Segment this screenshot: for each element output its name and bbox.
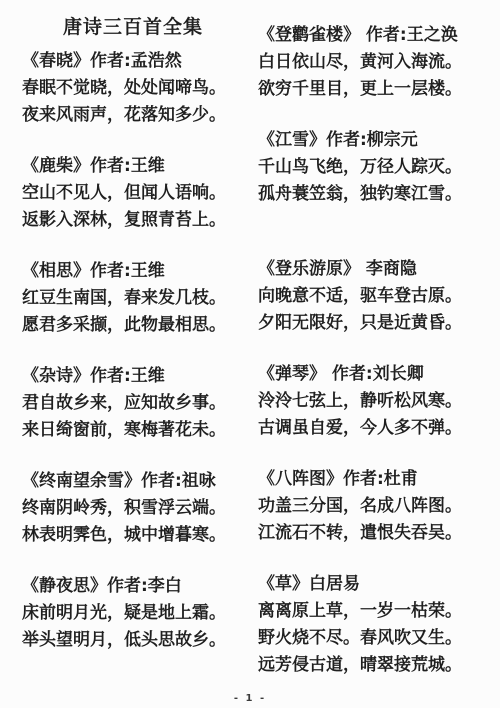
poem-block: 《草》白居易 离离原上草，一岁一枯荣。 野火烧不尽。春风吹又生。 远芳侵古道，晴… [258,571,494,679]
poem-title-author: 《八阵图》作者:杜甫 [258,466,494,493]
poem-block: 《江雪》作者:柳宗元 千山鸟飞绝，万径人踪灭。 孤舟蓑笠翁，独钓寒江雪。 [258,127,494,208]
poem-title-author: 《登鹳雀楼》 作者:王之涣 [258,22,494,49]
poem-line: 江流石不转，遣恨失吞吴。 [258,520,494,547]
poem-line: 离离原上草，一岁一枯荣。 [258,598,494,625]
poem-title-author: 《终南望余雪》作者:祖咏 [22,468,244,495]
poem-line: 泠泠七弦上，静听松风寒。 [258,388,494,415]
poem-line: 白日依山尽，黄河入海流。 [258,49,494,76]
poem-block: 《登鹳雀楼》 作者:王之涣 白日依山尽，黄河入海流。 欲穷千里目，更上一层楼。 [258,22,494,103]
poem-title-author: 《弹琴》 作者:刘长卿 [258,361,494,388]
poem-block: 《春晓》作者:孟浩然 春眠不觉晓，处处闻啼鸟。 夜来风雨声，花落知多少。 [22,48,244,129]
poem-line: 床前明月光，疑是地上霜。 [22,600,244,627]
right-column: 《登鹳雀楼》 作者:王之涣 白日依山尽，黄河入海流。 欲穷千里目，更上一层楼。 … [250,0,500,703]
poem-line: 终南阴岭秀，积雪浮云端。 [22,495,244,522]
poem-line: 夕阳无限好，只是近黄昏。 [258,310,494,337]
poem-line: 来日绮窗前，寒梅著花未。 [22,417,244,444]
left-column: 唐诗三百首全集 《春晓》作者:孟浩然 春眠不觉晓，处处闻啼鸟。 夜来风雨声，花落… [0,0,250,703]
poem-line: 红豆生南国，春来发几枝。 [22,285,244,312]
poem-line: 向晚意不适，驱车登古原。 [258,283,494,310]
poem-block: 《终南望余雪》作者:祖咏 终南阴岭秀，积雪浮云端。 林表明霁色，城中增暮寒。 [22,468,244,549]
poem-line: 林表明霁色，城中增暮寒。 [22,522,244,549]
poem-line: 君自故乡来，应知故乡事。 [22,390,244,417]
poem-line: 春眠不觉晓，处处闻啼鸟。 [22,75,244,102]
poem-title-author: 《草》白居易 [258,571,494,598]
poem-block: 《相思》作者:王维 红豆生南国，春来发几枝。 愿君多采撷，此物最相思。 [22,258,244,339]
poem-line: 千山鸟飞绝，万径人踪灭。 [258,154,494,181]
poem-line: 孤舟蓑笠翁，独钓寒江雪。 [258,181,494,208]
poem-block: 《杂诗》作者:王维 君自故乡来，应知故乡事。 来日绮窗前，寒梅著花未。 [22,363,244,444]
poem-line: 野火烧不尽。春风吹又生。 [258,625,494,652]
poem-title-author: 《鹿柴》作者:王维 [22,153,244,180]
poem-line: 欲穷千里目，更上一层楼。 [258,76,494,103]
poem-line: 夜来风雨声，花落知多少。 [22,102,244,129]
poem-block: 《静夜思》作者:李白 床前明月光，疑是地上霜。 举头望明月，低头思故乡。 [22,573,244,654]
poem-block: 《弹琴》 作者:刘长卿 泠泠七弦上，静听松风寒。 古调虽自爱，今人多不弹。 [258,361,494,442]
poem-title-author: 《春晓》作者:孟浩然 [22,48,244,75]
poem-line: 举头望明月，低头思故乡。 [22,627,244,654]
poem-line: 返影入深林，复照青苔上。 [22,207,244,234]
two-column-layout: 唐诗三百首全集 《春晓》作者:孟浩然 春眠不觉晓，处处闻啼鸟。 夜来风雨声，花落… [0,0,500,703]
poem-block: 《八阵图》作者:杜甫 功盖三分国，名成八阵图。 江流石不转，遣恨失吞吴。 [258,466,494,547]
poem-line: 功盖三分国，名成八阵图。 [258,493,494,520]
poem-line: 古调虽自爱，今人多不弹。 [258,415,494,442]
page-number: - 1 - [0,693,500,704]
poem-line: 愿君多采撷，此物最相思。 [22,312,244,339]
document-page: 唐诗三百首全集 《春晓》作者:孟浩然 春眠不觉晓，处处闻啼鸟。 夜来风雨声，花落… [0,0,500,708]
poem-line: 远芳侵古道，晴翠接荒城。 [258,652,494,679]
poem-line: 空山不见人，但闻人语响。 [22,180,244,207]
poem-title-author: 《相思》作者:王维 [22,258,244,285]
poem-block: 《鹿柴》作者:王维 空山不见人，但闻人语响。 返影入深林，复照青苔上。 [22,153,244,234]
poem-block: 《登乐游原》 李商隐 向晚意不适，驱车登古原。 夕阳无限好，只是近黄昏。 [258,256,494,337]
poem-title-author: 《静夜思》作者:李白 [22,573,244,600]
poem-title-author: 《登乐游原》 李商隐 [258,256,494,283]
page-title: 唐诗三百首全集 [22,14,244,41]
poem-title-author: 《江雪》作者:柳宗元 [258,127,494,154]
poem-title-author: 《杂诗》作者:王维 [22,363,244,390]
